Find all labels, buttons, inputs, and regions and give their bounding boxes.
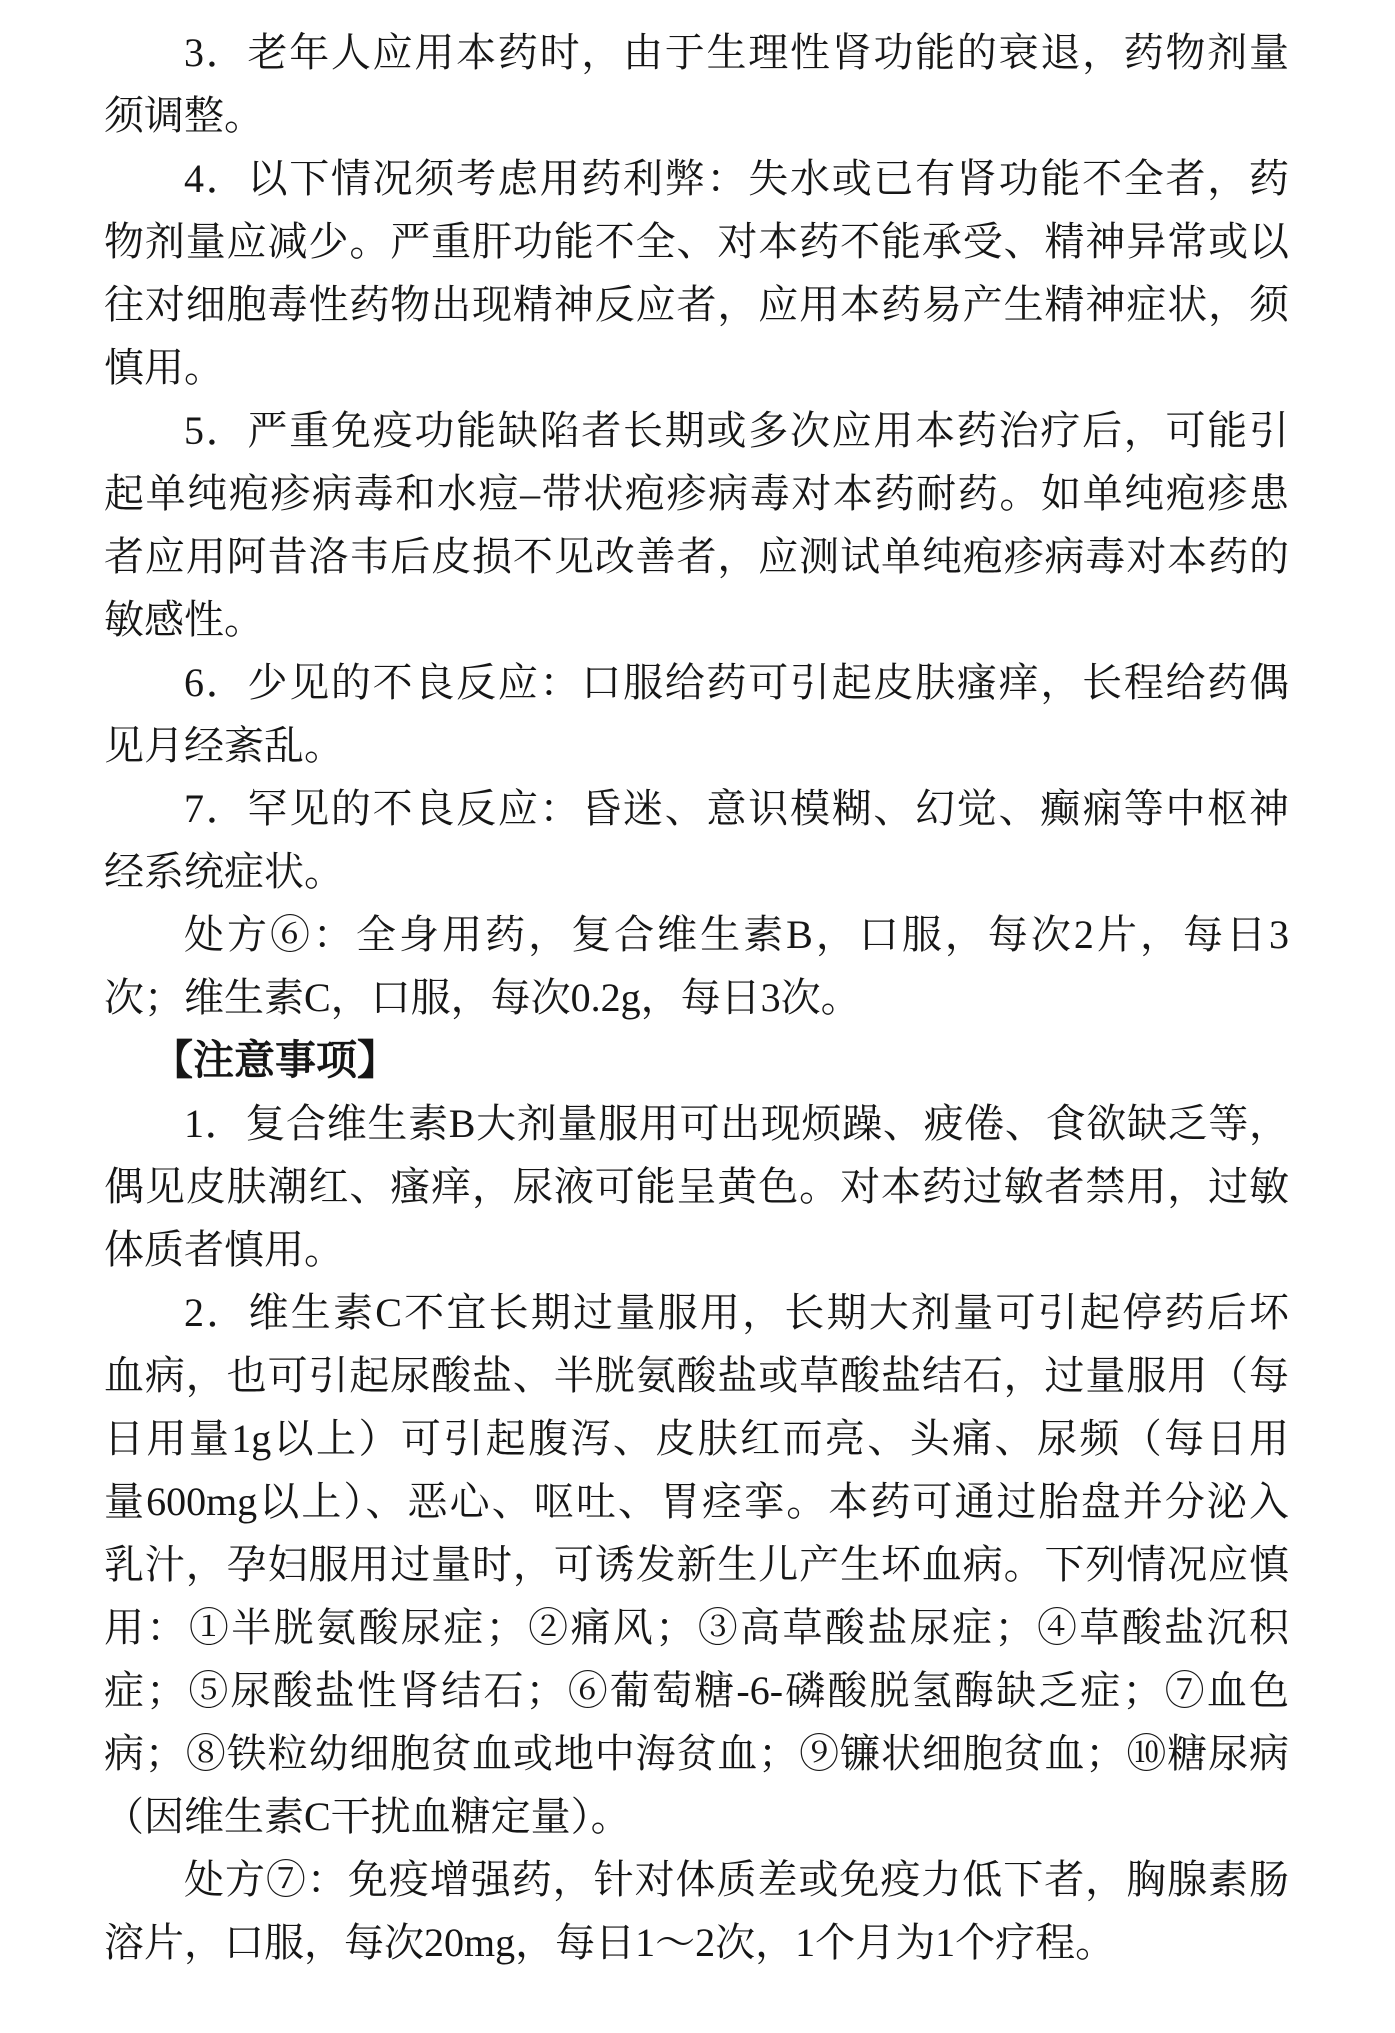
text-line: 日用量1g以上）可引起腹泻、皮肤红而亮、头痛、尿频（每日用	[104, 1407, 1289, 1470]
text-line: 6．少见的不良反应：口服给药可引起皮肤瘙痒，长程给药偶	[104, 651, 1289, 714]
text-line: 慎用。	[104, 336, 1289, 399]
text-line: 物剂量应减少。严重肝功能不全、对本药不能承受、精神异常或以	[104, 210, 1289, 273]
text-line: 处方⑥：全身用药，复合维生素B，口服，每次2片，每日3	[104, 903, 1289, 966]
text-line: 5．严重免疫功能缺陷者长期或多次应用本药治疗后，可能引	[104, 399, 1289, 462]
text-line: 次；维生素C，口服，每次0.2g，每日3次。	[104, 966, 1289, 1029]
text-line: 起单纯疱疹病毒和水痘–带状疱疹病毒对本药耐药。如单纯疱疹患	[104, 462, 1289, 525]
text-column: 3．老年人应用本药时，由于生理性肾功能的衰退，药物剂量 须调整。 4．以下情况须…	[104, 21, 1289, 1974]
text-line: 见月经紊乱。	[104, 714, 1289, 777]
text-line: 须调整。	[104, 84, 1289, 147]
text-line: 血病，也可引起尿酸盐、半胱氨酸盐或草酸盐结石，过量服用（每	[104, 1344, 1289, 1407]
text-line: 者应用阿昔洛韦后皮损不见改善者，应测试单纯疱疹病毒对本药的	[104, 525, 1289, 588]
text-line: 偶见皮肤潮红、瘙痒，尿液可能呈黄色。对本药过敏者禁用，过敏	[104, 1155, 1289, 1218]
text-line: 往对细胞毒性药物出现精神反应者，应用本药易产生精神症状，须	[104, 273, 1289, 336]
section-heading-precautions: 【注意事项】	[104, 1029, 1289, 1092]
text-line: 体质者慎用。	[104, 1218, 1289, 1281]
text-line: 7．罕见的不良反应：昏迷、意识模糊、幻觉、癫痫等中枢神	[104, 777, 1289, 840]
text-line: 敏感性。	[104, 588, 1289, 651]
paragraph-item-5: 5．严重免疫功能缺陷者长期或多次应用本药治疗后，可能引 起单纯疱疹病毒和水痘–带…	[104, 399, 1289, 651]
paragraph-note-1: 1．复合维生素B大剂量服用可出现烦躁、疲倦、食欲缺乏等， 偶见皮肤潮红、瘙痒，尿…	[104, 1092, 1289, 1281]
text-line: （因维生素C干扰血糖定量）。	[104, 1785, 1289, 1848]
text-line: 4．以下情况须考虑用药利弊：失水或已有肾功能不全者，药	[104, 147, 1289, 210]
paragraph-item-4: 4．以下情况须考虑用药利弊：失水或已有肾功能不全者，药 物剂量应减少。严重肝功能…	[104, 147, 1289, 399]
text-line: 处方⑦：免疫增强药，针对体质差或免疫力低下者，胸腺素肠	[104, 1848, 1289, 1911]
document-page: 3．老年人应用本药时，由于生理性肾功能的衰退，药物剂量 须调整。 4．以下情况须…	[0, 0, 1395, 2033]
text-line: 症；⑤尿酸盐性肾结石；⑥葡萄糖-6-磷酸脱氢酶缺乏症；⑦血色	[104, 1659, 1289, 1722]
paragraph-item-7: 7．罕见的不良反应：昏迷、意识模糊、幻觉、癫痫等中枢神 经系统症状。	[104, 777, 1289, 903]
text-line: 1．复合维生素B大剂量服用可出现烦躁、疲倦、食欲缺乏等，	[104, 1092, 1289, 1155]
paragraph-prescription-7: 处方⑦：免疫增强药，针对体质差或免疫力低下者，胸腺素肠 溶片，口服，每次20mg…	[104, 1848, 1289, 1974]
text-line: 用：①半胱氨酸尿症；②痛风；③高草酸盐尿症；④草酸盐沉积	[104, 1596, 1289, 1659]
text-line: 溶片，口服，每次20mg，每日1～2次，1个月为1个疗程。	[104, 1911, 1289, 1974]
text-line: 乳汁，孕妇服用过量时，可诱发新生儿产生坏血病。下列情况应慎	[104, 1533, 1289, 1596]
paragraph-item-3: 3．老年人应用本药时，由于生理性肾功能的衰退，药物剂量 须调整。	[104, 21, 1289, 147]
text-line: 3．老年人应用本药时，由于生理性肾功能的衰退，药物剂量	[104, 21, 1289, 84]
paragraph-note-2: 2．维生素C不宜长期过量服用，长期大剂量可引起停药后坏 血病，也可引起尿酸盐、半…	[104, 1281, 1289, 1848]
text-line: 量600mg以上）、恶心、呕吐、胃痉挛。本药可通过胎盘并分泌入	[104, 1470, 1289, 1533]
paragraph-prescription-6: 处方⑥：全身用药，复合维生素B，口服，每次2片，每日3 次；维生素C，口服，每次…	[104, 903, 1289, 1029]
paragraph-item-6: 6．少见的不良反应：口服给药可引起皮肤瘙痒，长程给药偶 见月经紊乱。	[104, 651, 1289, 777]
text-line: 经系统症状。	[104, 840, 1289, 903]
text-line: 病；⑧铁粒幼细胞贫血或地中海贫血；⑨镰状细胞贫血；⑩糖尿病	[104, 1722, 1289, 1785]
text-line: 2．维生素C不宜长期过量服用，长期大剂量可引起停药后坏	[104, 1281, 1289, 1344]
